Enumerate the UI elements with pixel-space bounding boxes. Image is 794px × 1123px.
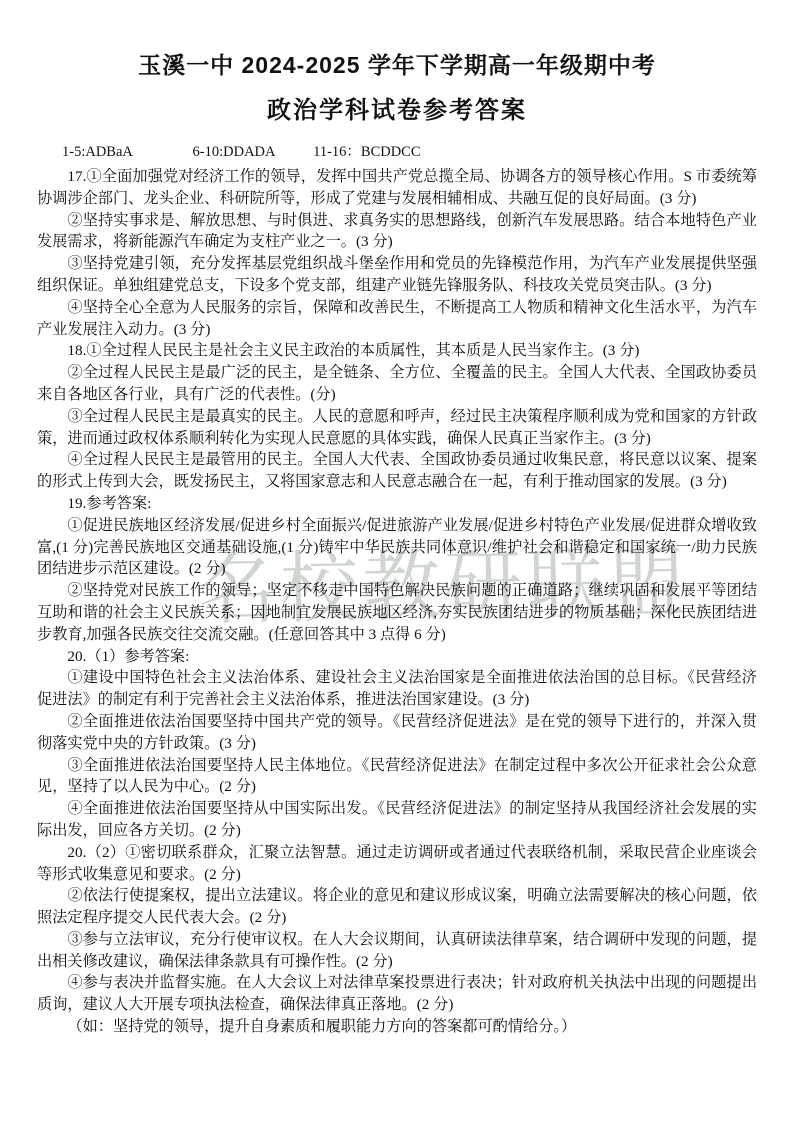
- answer-paragraph-q20-1-1: ①建设中国特色社会主义法治体系、建设社会主义法治国家是全面推进依法治国的总目标。…: [37, 667, 757, 711]
- answer-paragraph-q19-2: ②坚持党对民族工作的领导；坚定不移走中国特色解决民族问题的正确道路；继续巩固和发…: [37, 580, 757, 645]
- multiple-choice-answers-row: 1-5:ADBaA 6-10:DDADA 11-16：BCDDCC: [38, 142, 756, 162]
- document-header: 玉溪一中 2024-2025 学年下学期高一年级期中考 政治学科试卷参考答案: [0, 0, 794, 128]
- exam-answer-sheet-page: 名校教研联盟 玉溪一中 2024-2025 学年下学期高一年级期中考 政治学科试…: [0, 0, 794, 1123]
- answer-paragraph-q17-2: ②坚持实事求是、解放思想、与时俱进、求真务实的思想路线，创新汽车发展思路。结合本…: [37, 210, 757, 254]
- answer-paragraph-q20-1-2: ②全面推进依法治国要坚持中国共产党的领导。《民营经济促进法》是在党的领导下进行的…: [37, 711, 757, 755]
- answer-key-title: 政治学科试卷参考答案: [0, 94, 794, 128]
- answer-heading-q19: 19.参考答案:: [37, 493, 757, 515]
- answer-paragraph-q20-1-4: ④全面推进依法治国要坚持从中国实际出发。《民营经济促进法》的制定坚持从我国经济社…: [37, 798, 757, 842]
- answer-paragraph-q20-2-4: ④参与表决并监督实施。在人大会议上对法律草案投票进行表决；针对政府机关执法中出现…: [37, 972, 757, 1016]
- answer-paragraph-q20-2-2: ②依法行使提案权，提出立法建议。将企业的意见和建议形成议案，明确立法需要解决的核…: [37, 885, 757, 929]
- answer-paragraph-q18-4: ④全过程人民民主是最管用的民主。全国人大代表、全国政协委员通过收集民意，将民意以…: [37, 449, 757, 493]
- choice-answers-group-11-16: 11-16：BCDDCC: [313, 142, 420, 162]
- answer-heading-q20-1: 20.（1）参考答案:: [37, 646, 757, 668]
- answer-paragraph-q20-2-1: 20.（2）①密切联系群众，汇聚立法智慧。通过走访调研或者通过代表联络机制，采取…: [37, 842, 757, 886]
- answer-paragraph-q17-4: ④坚持全心全意为人民服务的宗旨，保障和改善民生，不断提高工人物质和精神文化生活水…: [37, 297, 757, 341]
- answer-paragraph-q19-1: ①促进民族地区经济发展/促进乡村全面振兴/促进旅游产业发展/促进乡村特色产业发展…: [37, 515, 757, 580]
- grading-note: （如：坚持党的领导，提升自身素质和履职能力方向的答案都可酌情给分。）: [37, 1016, 757, 1038]
- choice-answers-group-1-5: 1-5:ADBaA: [62, 142, 133, 162]
- exam-title: 玉溪一中 2024-2025 学年下学期高一年级期中考: [0, 48, 794, 82]
- answer-paragraph-q18-3: ③全过程人民民主是最真实的民主。人民的意愿和呼声，经过民主决策程序顺利成为党和国…: [37, 406, 757, 450]
- answer-paragraph-q18-2: ②全过程人民民主是最广泛的民主，是全链条、全方位、全覆盖的民主。全国人大代表、全…: [37, 362, 757, 406]
- choice-answers-group-6-10: 6-10:DDADA: [193, 142, 276, 162]
- answer-paragraph-q20-1-3: ③全面推进依法治国要坚持人民主体地位。《民营经济促进法》在制定过程中多次公开征求…: [37, 755, 757, 799]
- answer-paragraph-q17-3: ③坚持党建引领，充分发挥基层党组织战斗堡垒作用和党员的先锋模范作用，为汽车产业发…: [37, 253, 757, 297]
- document-content: 玉溪一中 2024-2025 学年下学期高一年级期中考 政治学科试卷参考答案 1…: [0, 0, 794, 1038]
- answer-paragraph-q20-2-3: ③参与立法审议，充分行使审议权。在人大会议期间，认真研读法律草案，结合调研中发现…: [37, 929, 757, 973]
- answer-paragraph-q18-1: 18.①全过程人民民主是社会主义民主政治的本质属性，其本质是人民当家作主。(3 …: [37, 340, 757, 362]
- answers-body: 17.①全面加强党对经济工作的领导，发挥中国共产党总揽全局、协调各方的领导核心作…: [37, 166, 757, 1038]
- answer-paragraph-q17-1: 17.①全面加强党对经济工作的领导，发挥中国共产党总揽全局、协调各方的领导核心作…: [37, 166, 757, 210]
